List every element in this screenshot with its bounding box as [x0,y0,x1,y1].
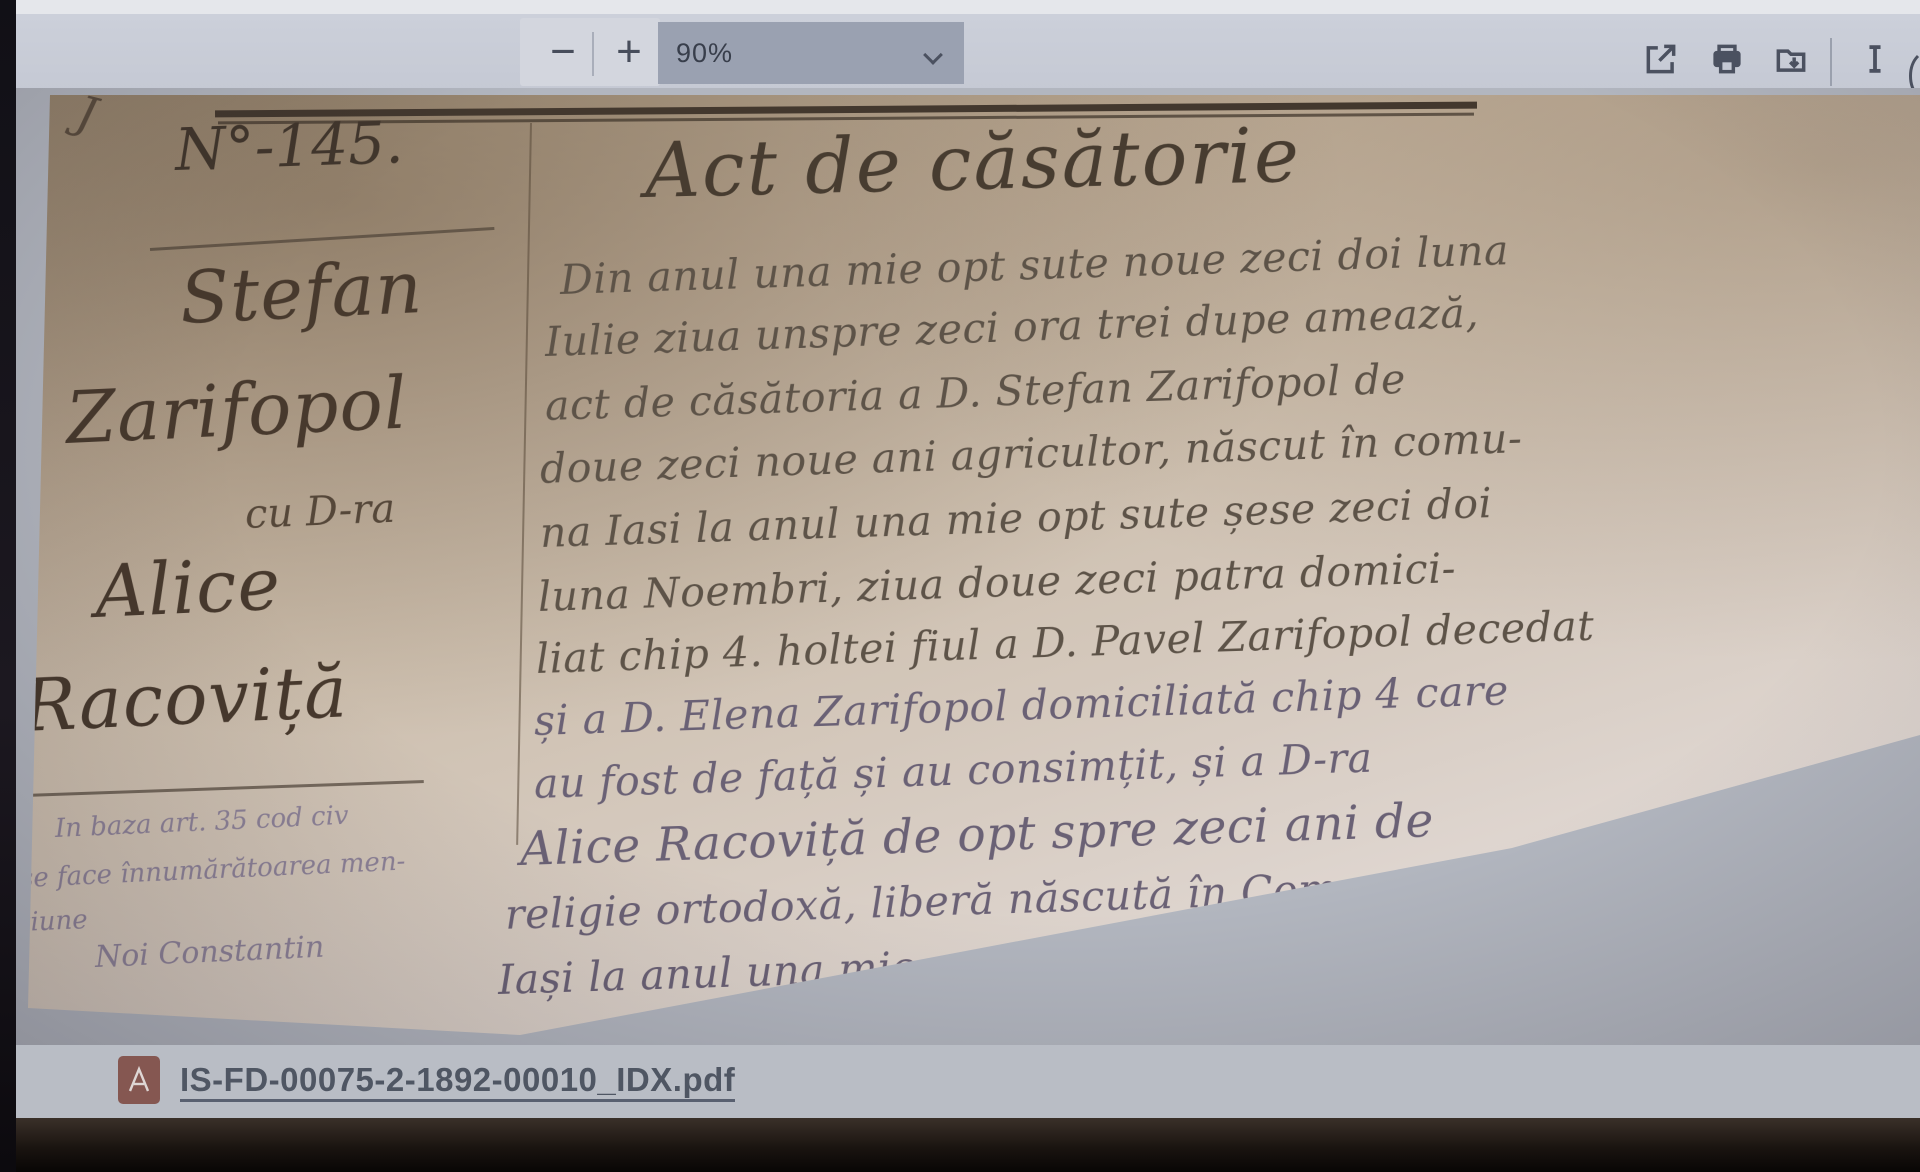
stray-ink-mark: J [71,88,102,142]
photo-bottom-edge [0,1118,1920,1172]
margin-column-divider [516,123,532,845]
save-file-icon[interactable] [1772,40,1810,78]
chevron-down-icon [926,46,942,62]
text-cursor-icon[interactable] [1856,40,1894,78]
bride-last-name: Racoviță [20,649,350,748]
groom-first-name: Stefan [178,245,424,340]
margin-note-line-3: țiune [19,905,88,938]
margin-note-line-4: Noi Constantin [94,930,325,975]
act-body-line-10: Alice Racoviță de opt spre zeci ani de [519,793,1434,877]
pdf-file-icon[interactable] [118,1056,160,1104]
print-icon[interactable] [1708,40,1746,78]
act-body-line-5: na Iasi la anul una mie opt sute șese ze… [539,479,1493,557]
act-body-line-3: act de căsătoria a D. Stefan Zarifopol d… [544,355,1406,430]
zoom-out-button[interactable]: − [538,24,588,80]
act-body-line-11: religie ortodoxă, liberă născută în Comu… [504,862,1417,939]
toolbar-separator [1830,38,1832,86]
bride-name-underline [24,780,424,797]
open-in-new-window-icon[interactable] [1642,40,1680,78]
pdf-toolbar: − + 90% [0,14,1920,90]
zoom-in-button[interactable]: + [604,24,654,80]
act-body-line-12: Iași la anul una mie opt sute șepte zeci [497,930,1328,1004]
window-top-strip [0,0,1920,14]
pdf-file-link[interactable]: IS-FD-00075-2-1892-00010_IDX.pdf [180,1061,735,1102]
margin-connector: cu D-ra [244,486,396,538]
pdf-page-viewport[interactable]: J N°-145. Stefan Zarifopol cu D-ra Alice… [0,88,1920,1045]
bride-first-name: Alice [93,542,283,634]
groom-last-name: Zarifopol [64,361,409,460]
scanned-marriage-record-page: J N°-145. Stefan Zarifopol cu D-ra Alice… [0,88,1920,1045]
photo-left-edge [0,0,16,1172]
zoom-buttons-divider [592,32,594,76]
act-body-line-2: Iulie ziua unspre zeci ora trei dupe ame… [544,289,1479,366]
record-number: N°-145. [174,108,405,184]
act-body-line-4: doue zeci noue ani agricultor, născut în… [539,414,1523,493]
margin-note-line-2: se face înnumărătoarea men- [19,847,406,894]
zoom-level-value: 90% [676,38,733,69]
zoom-level-dropdown[interactable]: 90% [658,22,964,84]
record-number-underline [150,227,495,251]
attachment-bar: IS-FD-00075-2-1892-00010_IDX.pdf [0,1045,1920,1118]
act-title: Act de căsătorie [644,110,1302,215]
act-body-line-9: au fost de față și au consimțit, și a D-… [533,734,1373,808]
margin-note-line-1: In baza art. 35 cod civ [54,801,349,844]
